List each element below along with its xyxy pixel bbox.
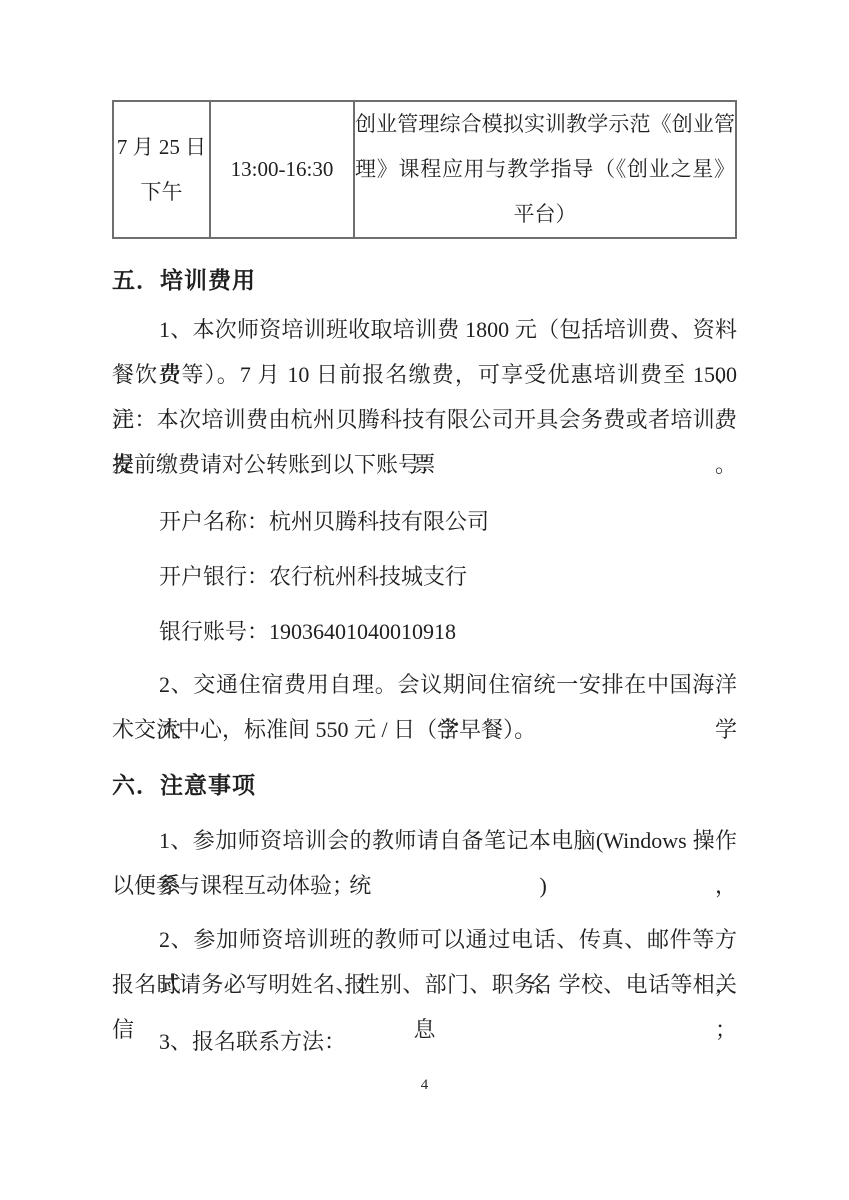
schedule-content-cell: 创业管理综合模拟实训教学示范《创业管 理》课程应用与教学指导（《创业之星》 平台… xyxy=(354,101,736,238)
schedule-date-line-2: 下午 xyxy=(114,170,209,215)
notes-item2-line-1: 2、参加师资培训班的教师可以通过电话、传真、邮件等方式报名， xyxy=(112,917,737,962)
fees-para1-line-2: 餐饮费等）。7 月 10 日前报名缴费，可享受优惠培训费至 1500 元。 xyxy=(112,352,737,397)
bank-account-number: 银行账号：19036401040010918 xyxy=(112,609,737,654)
document-page: 7 月 25 日 下午 13:00-16:30 创业管理综合模拟实训教学示范《创… xyxy=(0,0,849,1200)
section-heading-notes: 六．注意事项 xyxy=(112,770,737,800)
document-content: 7 月 25 日 下午 13:00-16:30 创业管理综合模拟实训教学示范《创… xyxy=(112,100,737,1064)
schedule-time-cell: 13:00-16:30 xyxy=(210,101,354,238)
fees-para1-line-1: 1、本次师资培训班收取培训费 1800 元（包括培训费、资料费、 xyxy=(112,307,737,352)
page-number: 4 xyxy=(0,1074,849,1096)
table-row: 7 月 25 日 下午 13:00-16:30 创业管理综合模拟实训教学示范《创… xyxy=(113,101,736,238)
fees-para2-line-1: 2、交通住宿费用自理。会议期间住宿统一安排在中国海洋大学学 xyxy=(112,662,737,707)
section-heading-fees: 五．培训费用 xyxy=(112,265,737,295)
schedule-content-line-1: 创业管理综合模拟实训教学示范《创业管 xyxy=(355,102,735,147)
schedule-content-line-2: 理》课程应用与教学指导（《创业之星》 xyxy=(355,147,735,192)
schedule-date-line-1: 7 月 25 日 xyxy=(114,125,209,170)
fees-note-line-1: 注：本次培训费由杭州贝腾科技有限公司开具会务费或者培训费发票。 xyxy=(112,397,737,442)
schedule-date-cell: 7 月 25 日 下午 xyxy=(113,101,210,238)
bank-account-bank: 开户银行：农行杭州科技城支行 xyxy=(112,554,737,599)
bank-account-name: 开户名称：杭州贝腾科技有限公司 xyxy=(112,499,737,544)
notes-item2-line-2: 报名时请务必写明姓名、性别、部门、职务、学校、电话等相关信息； xyxy=(112,962,737,1007)
schedule-content-line-3: 平台） xyxy=(355,192,735,237)
schedule-table: 7 月 25 日 下午 13:00-16:30 创业管理综合模拟实训教学示范《创… xyxy=(112,100,737,239)
notes-item1-line-1: 1、参加师资培训会的教师请自备笔记本电脑(Windows 操作系统)， xyxy=(112,818,737,863)
